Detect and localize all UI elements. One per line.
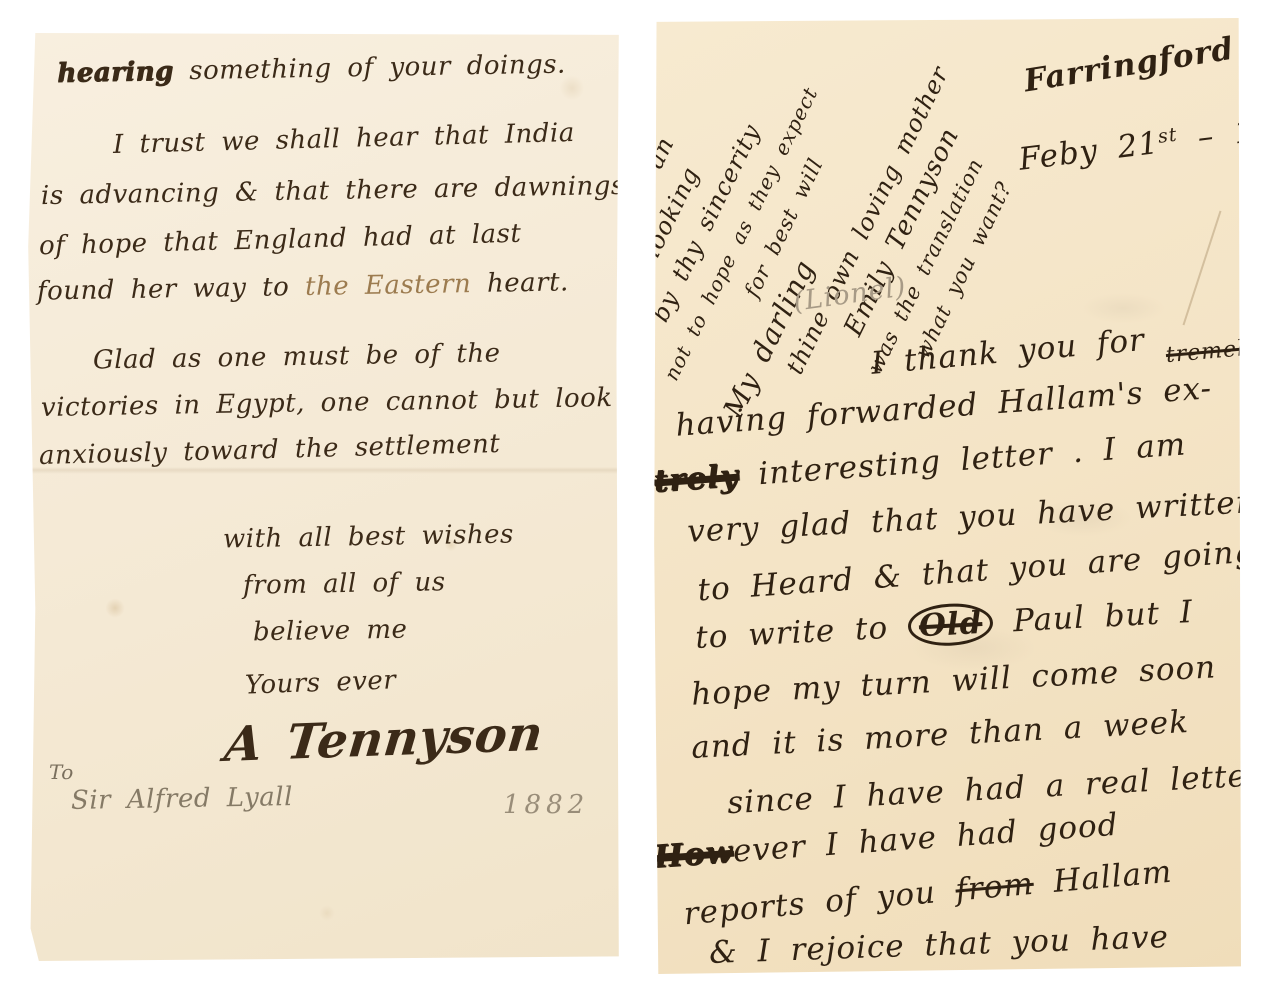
letter-line: anxiously toward the settlement [39,430,501,471]
closing-line: from all of us [243,568,446,600]
letter-line: is advancing & that there are dawnings [41,172,620,211]
right-letter-page: Some day an honest-looking by thy sincer… [653,18,1241,974]
footer-recipient: Sir Alfred Lyall [71,783,293,815]
letter-line: hearing something of your doings. [57,51,566,88]
letter-line: & I rejoice that you have [709,920,1170,970]
footer-year: 1882 [503,791,589,820]
struck-word: How [653,834,734,875]
tennyson-signature: A Tennyson [222,708,546,772]
faded-words: the Eastern [305,269,472,302]
letter-line: and it is more than a week [690,705,1189,765]
ink-flourish [1183,211,1222,326]
left-letter-page: hearing something of your doings. I trus… [27,33,620,961]
closing-line: with all best wishes [223,520,514,554]
letter-line: Glad as one must be of the [93,339,501,375]
letter-line: of hope that England had at last [39,220,522,261]
closing-line: believe me [253,616,408,647]
letter-line: hope my turn will come soon [690,650,1217,712]
letter-line: since I have had a real letter. [726,758,1241,820]
letter-line: found her way to the Eastern heart. [37,268,569,306]
closing-line: Yours ever [245,666,397,700]
overwritten-word: hearing [57,56,174,88]
footer-to-label: To [49,761,74,783]
letter-line: victories in Egypt, one cannot but look [41,384,613,423]
letter-line: I trust we shall hear that India [113,119,575,160]
struck-word: trely [653,458,740,500]
photo-background: hearing something of your doings. I trus… [0,0,1272,1000]
struck-insert: tremely [1165,335,1241,368]
struck-word: from [954,866,1035,909]
struck-circled-word: Old [907,601,995,647]
letter-line: to write to Old Paul but I [694,595,1193,655]
